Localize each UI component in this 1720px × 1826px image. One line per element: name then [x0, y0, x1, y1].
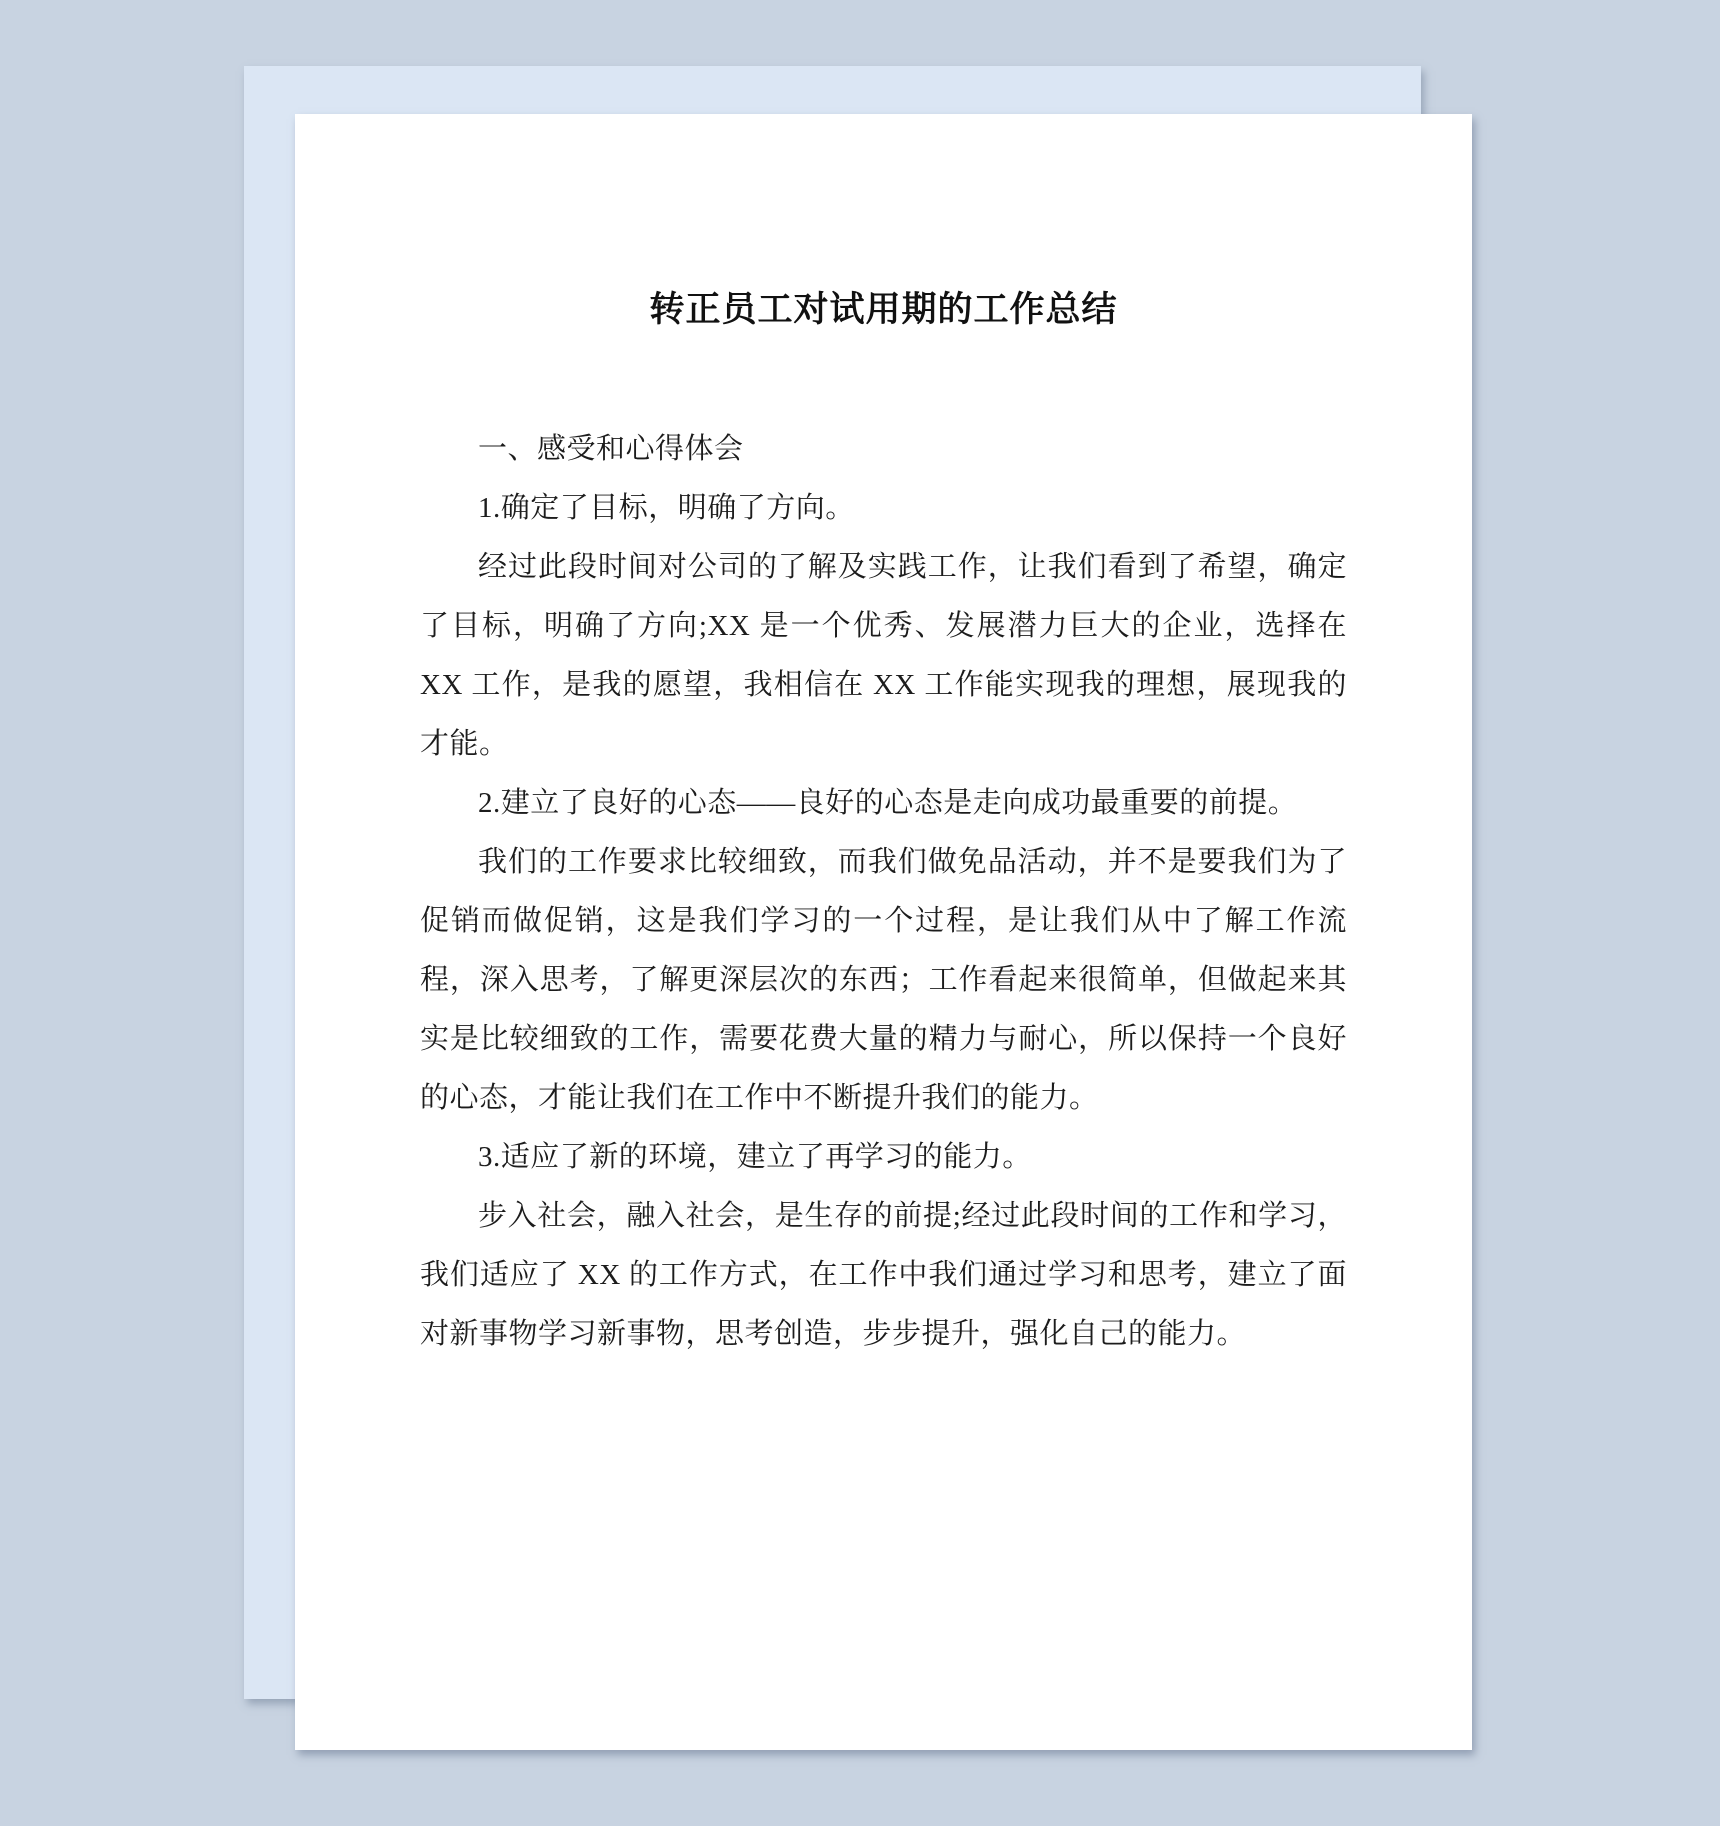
desktop-background: 转正员工对试用期的工作总结 一、感受和心得体会 1.确定了目标，明确了方向。 经… — [0, 0, 1720, 1826]
paragraph-section-heading: 一、感受和心得体会 — [420, 420, 1347, 479]
paragraph-point-2-detail: 我们的工作要求比较细致，而我们做免品活动，并不是要我们为了促销而做促销，这是我们… — [420, 833, 1347, 1128]
paragraph-point-3-detail: 步入社会，融入社会，是生存的前提;经过此段时间的工作和学习，我们适应了 XX 的… — [420, 1187, 1347, 1364]
document-title: 转正员工对试用期的工作总结 — [420, 282, 1347, 332]
paragraph-point-1-detail: 经过此段时间对公司的了解及实践工作，让我们看到了希望，确定了目标，明确了方向;X… — [420, 538, 1347, 774]
paragraph-point-3: 3.适应了新的环境，建立了再学习的能力。 — [420, 1128, 1347, 1187]
document-body: 一、感受和心得体会 1.确定了目标，明确了方向。 经过此段时间对公司的了解及实践… — [420, 420, 1347, 1364]
paragraph-point-1: 1.确定了目标，明确了方向。 — [420, 479, 1347, 538]
paragraph-point-2: 2.建立了良好的心态——良好的心态是走向成功最重要的前提。 — [420, 774, 1347, 833]
document-page: 转正员工对试用期的工作总结 一、感受和心得体会 1.确定了目标，明确了方向。 经… — [295, 114, 1472, 1750]
